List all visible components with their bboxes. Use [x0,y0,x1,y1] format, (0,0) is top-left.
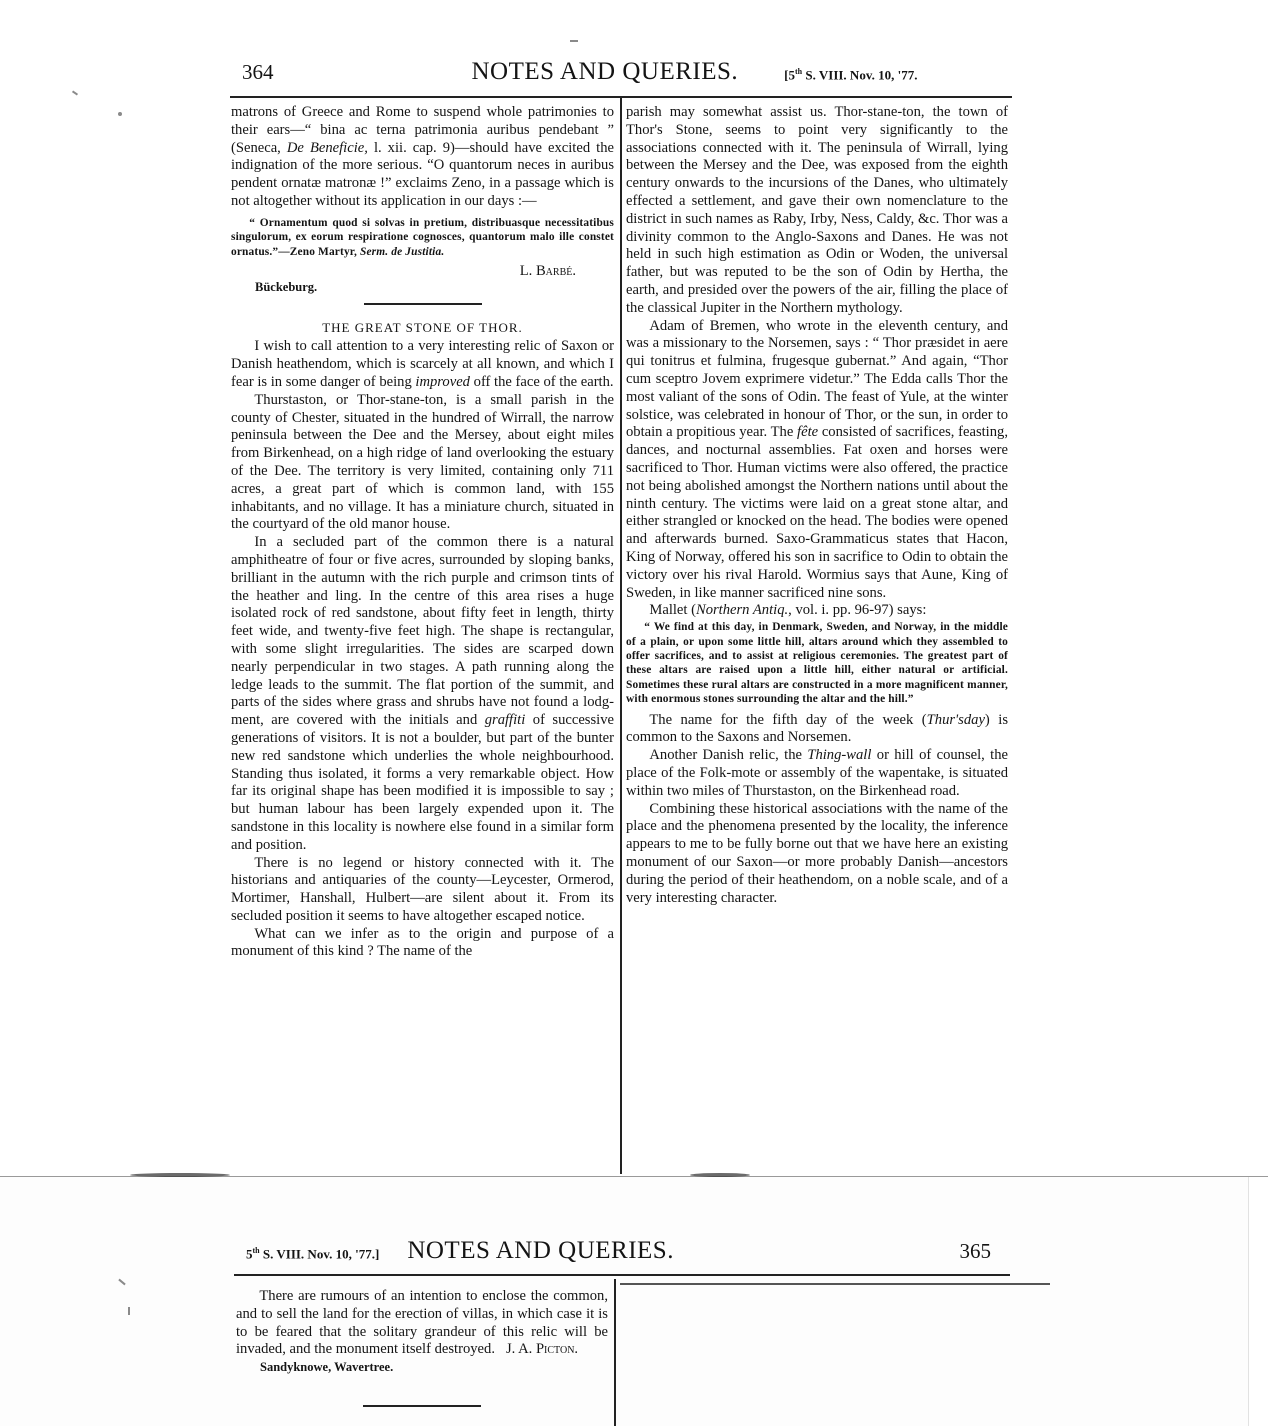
scan-speck [118,1279,125,1286]
issue-ref-rest: S. VIII. Nov. 10, '77.] [260,1246,380,1261]
running-head: 5th S. VIII. Nov. 10, '77.] NOTES AND QU… [246,1237,991,1265]
page-364: 364 NOTES AND QUERIES. [5th S. VIII. Nov… [0,0,1268,1177]
paragraph: parish may somewhat assist us. Thor-stan… [626,104,1008,318]
page-number: 364 [242,60,274,85]
paragraph: Another Danish relic, the Thing-wall or … [626,747,1008,800]
page-number: 365 [960,1239,992,1264]
author-place: Sandyknowe, Wavertree. [236,1359,608,1377]
issue-ref-sup: th [253,1246,260,1255]
issue-reference: [5th S. VIII. Nov. 10, '77. [784,67,917,83]
scan-speck [118,112,122,116]
column-divider [614,1279,616,1426]
section-separator [364,303,482,305]
scan-speck [72,90,78,95]
author-signature: J. A. Picton. [506,1341,578,1357]
paragraph: Thurstaston, or Thor-stane-ton, is a sma… [231,392,614,534]
paragraph: There are rumours of an intention to enc… [236,1288,608,1359]
issue-ref-rest: S. VIII. Nov. 10, '77. [802,67,917,82]
author-place: Bückeburg. [231,279,614,297]
running-head: 364 NOTES AND QUERIES. [5th S. VIII. Nov… [242,58,1007,86]
paragraph: matrons of Greece and Rome to suspend wh… [231,104,614,211]
paragraph: In a secluded part of the common there i… [231,534,614,854]
paragraph: What can we infer as to the origin and p… [231,926,614,962]
block-quote: “ We find at this day, in Denmark, Swede… [626,620,1008,706]
paragraph: Mallet (Northern Antiq., vol. i. pp. 96-… [626,602,1008,620]
left-column: There are rumours of an intention to enc… [236,1288,608,1421]
journal-title: NOTES AND QUERIES. [407,1237,674,1265]
header-rule [234,1274,1010,1276]
page-365: 5th S. VIII. Nov. 10, '77.] NOTES AND QU… [0,1177,1249,1426]
scan-speck [570,40,578,42]
paragraph: Combining these historical associations … [626,801,1008,908]
article-title: THE GREAT STONE OF THOR. [231,319,614,337]
block-quote: “ Ornamentum quod si solvas in pretium, … [231,216,614,259]
right-column-top-rule [620,1283,1050,1285]
paragraph: Adam of Bremen, who wrote in the elevent… [626,318,1008,603]
column-divider [620,98,622,1174]
issue-ref-prefix: [5 [784,67,795,82]
paragraph: I wish to call attention to a very inter… [231,338,614,391]
right-column: parish may somewhat assist us. Thor-stan… [626,104,1008,907]
scan-speck [128,1307,130,1315]
paragraph: There is no legend or history connected … [231,855,614,926]
left-column: matrons of Greece and Rome to suspend wh… [231,104,614,961]
journal-title: NOTES AND QUERIES. [472,58,739,86]
paragraph: The name for the fifth day of the week (… [626,712,1008,748]
section-separator [363,1405,481,1407]
issue-reference: 5th S. VIII. Nov. 10, '77.] [246,1246,379,1262]
